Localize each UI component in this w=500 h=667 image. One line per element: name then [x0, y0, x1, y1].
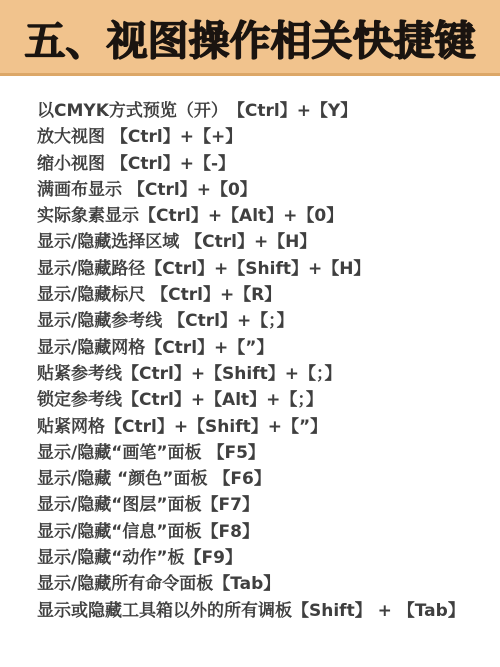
shortcut-item: 放大视图 【Ctrl】+【+】: [37, 124, 488, 150]
shortcut-item: 满画布显示 【Ctrl】+【0】: [37, 177, 488, 203]
shortcut-item: 显示/隐藏路径【Ctrl】+【Shift】+【H】: [37, 256, 488, 282]
shortcut-item: 贴紧网格【Ctrl】+【Shift】+【”】: [37, 414, 488, 440]
shortcut-item: 显示/隐藏网格【Ctrl】+【”】: [37, 335, 488, 361]
shortcut-item: 显示/隐藏“动作”板【F9】: [37, 545, 488, 571]
shortcut-item: 以CMYK方式预览（开） 【Ctrl】+【Y】: [37, 98, 488, 124]
shortcut-item: 显示/隐藏参考线 【Ctrl】+【；】: [37, 308, 488, 334]
shortcut-item: 显示或隐藏工具箱以外的所有调板【Shift】 + 【Tab】: [37, 598, 488, 624]
shortcut-item: 显示/隐藏所有命令面板【Tab】: [37, 571, 488, 597]
shortcut-item: 显示/隐藏选择区域 【Ctrl】+【H】: [37, 229, 488, 255]
shortcut-item: 显示/隐藏 “颜色”面板 【F6】: [37, 466, 488, 492]
shortcut-item: 显示/隐藏“图层”面板【F7】: [37, 492, 488, 518]
page-title: 五、视图操作相关快捷键: [25, 6, 476, 67]
shortcut-item: 贴紧参考线【Ctrl】+【Shift】+【；】: [37, 361, 488, 387]
shortcut-item: 实际象素显示【Ctrl】+【Alt】+【0】: [37, 203, 488, 229]
header-band: 五、视图操作相关快捷键: [0, 0, 500, 76]
shortcut-item: 显示/隐藏标尺 【Ctrl】+【R】: [37, 282, 488, 308]
shortcut-item: 显示/隐藏“信息”面板【F8】: [37, 519, 488, 545]
shortcut-poster-page: 五、视图操作相关快捷键 以CMYK方式预览（开） 【Ctrl】+【Y】 放大视图…: [0, 0, 500, 667]
shortcut-item: 锁定参考线【Ctrl】+【Alt】+【；】: [37, 387, 488, 413]
shortcut-item: 缩小视图 【Ctrl】+【-】: [37, 151, 488, 177]
shortcut-list: 以CMYK方式预览（开） 【Ctrl】+【Y】 放大视图 【Ctrl】+【+】 …: [0, 76, 500, 624]
shortcut-item: 显示/隐藏“画笔”面板 【F5】: [37, 440, 488, 466]
